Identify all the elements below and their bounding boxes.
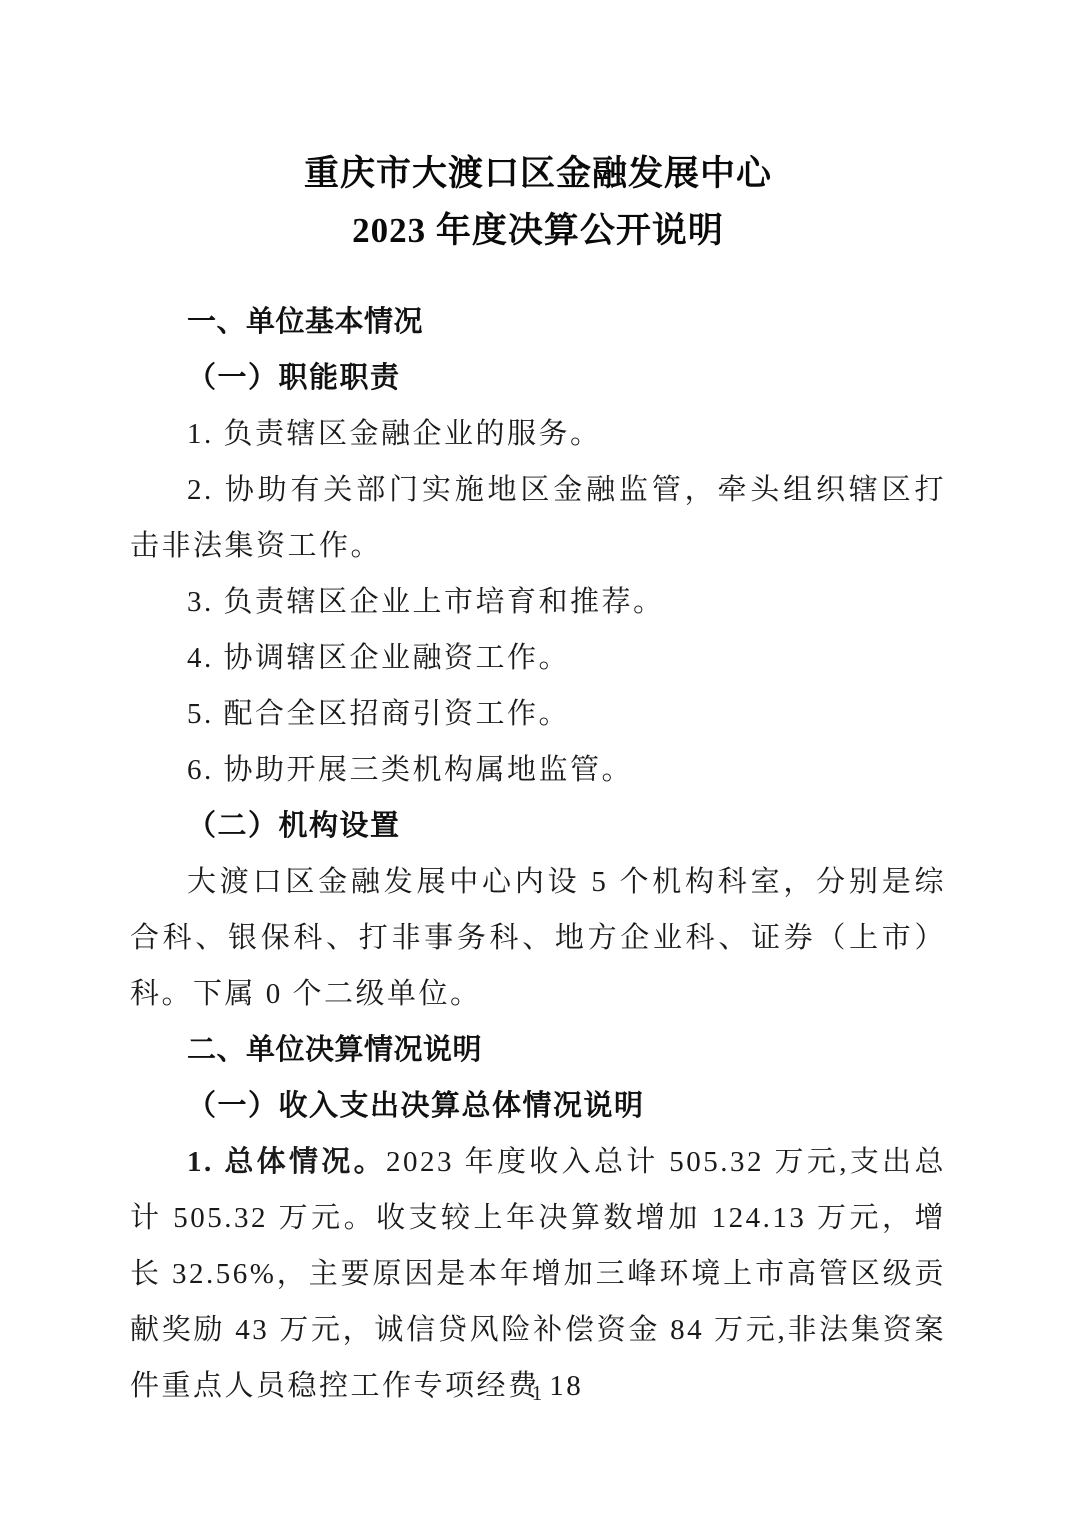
section-1-heading: 一、单位基本情况 — [130, 294, 946, 350]
org-setup-paragraph: 大渡口区金融发展中心内设 5 个机构科室，分别是综合科、银保科、打非事务科、地方… — [130, 854, 946, 1022]
text-area: 重庆市大渡口区金融发展中心 2023 年度决算公开说明 一、单位基本情况 （一）… — [130, 145, 946, 1414]
doc-title-line1: 重庆市大渡口区金融发展中心 — [130, 145, 946, 202]
duty-item-1: 1. 负责辖区金融企业的服务。 — [130, 406, 946, 462]
section-1-1-heading: （一）职能职责 — [130, 350, 946, 406]
overview-paragraph: 1. 总体情况。2023 年度收入总计 505.32 万元,支出总计 505.3… — [130, 1134, 946, 1414]
section-2-1-heading: （一）收入支出决算总体情况说明 — [130, 1078, 946, 1134]
duty-item-2: 2. 协助有关部门实施地区金融监管，牵头组织辖区打击非法集资工作。 — [130, 462, 946, 574]
document-body: 一、单位基本情况 （一）职能职责 1. 负责辖区金融企业的服务。 2. 协助有关… — [130, 294, 946, 1414]
duty-item-3: 3. 负责辖区企业上市培育和推荐。 — [130, 574, 946, 630]
page-number: 1 — [0, 1381, 1074, 1405]
overview-lead-label: 1. 总体情况。 — [187, 1146, 386, 1178]
doc-title-line2: 2023 年度决算公开说明 — [130, 202, 946, 259]
duty-item-5: 5. 配合全区招商引资工作。 — [130, 686, 946, 742]
section-2-heading: 二、单位决算情况说明 — [130, 1022, 946, 1078]
duty-item-6: 6. 协助开展三类机构属地监管。 — [130, 742, 946, 798]
section-1-2-heading: （二）机构设置 — [130, 798, 946, 854]
document-page: 重庆市大渡口区金融发展中心 2023 年度决算公开说明 一、单位基本情况 （一）… — [0, 0, 1074, 1520]
overview-body-text: 2023 年度收入总计 505.32 万元,支出总计 505.32 万元。收支较… — [130, 1146, 946, 1402]
duty-item-4: 4. 协调辖区企业融资工作。 — [130, 630, 946, 686]
